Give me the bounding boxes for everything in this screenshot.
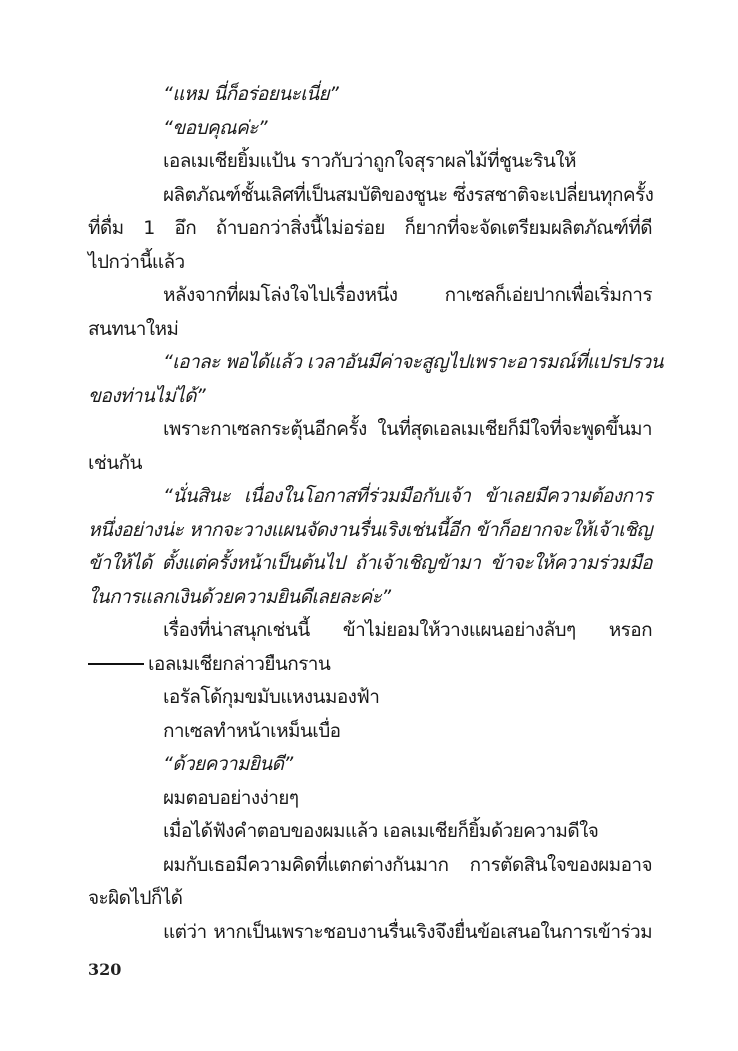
text-line: ข้าให้ได้ ตั้งแต่ครั้งหน้าเป็นต้นไป ถ้าเ…	[88, 547, 652, 581]
text-line: เอรัลโด้กุมขมับแหงนมองฟ้า	[88, 681, 652, 715]
text-line: “เอาละ พอได้แล้ว เวลาอันมีค่าจะสูญไปเพรา…	[88, 346, 652, 380]
text-line: “ด้วยความยินดี”	[88, 748, 652, 782]
text-line: ของท่านไม่ได้”	[88, 380, 652, 414]
text-line: หลังจากที่ผมโล่งใจไปเรื่องหนึ่ง กาเซลก็เ…	[88, 279, 652, 313]
text-line: เมื่อได้ฟังคำตอบของผมแล้ว เอลเมเชียก็ยิ้…	[88, 815, 652, 849]
text-line-content: เอลเมเชียกล่าวยืนกราน	[148, 648, 330, 682]
text-line: แต่ว่า หากเป็นเพราะชอบงานรื่นเริงจึงยื่น…	[88, 916, 652, 950]
text-line: ไปกว่านี้แล้ว	[88, 246, 652, 280]
text-line: ในการแลกเงินด้วยความยินดีเลยละค่ะ”	[88, 581, 652, 615]
text-line: “ขอบคุณค่ะ”	[88, 112, 652, 146]
text-line: ผมกับเธอมีความคิดที่แตกต่างกันมาก การตัด…	[88, 849, 652, 883]
text-line: ที่ดื่ม 1 อึก ถ้าบอกว่าสิ่งนี้ไม่อร่อย ก…	[88, 212, 652, 246]
em-dash-rule	[88, 663, 144, 665]
text-line: จะผิดไปก็ได้	[88, 882, 652, 916]
text-line: “นั่นสินะ เนื่องในโอกาสที่ร่วมมือกับเจ้า…	[88, 480, 652, 514]
text-line: เพราะกาเซลกระตุ้นอีกครั้ง ในที่สุดเอลเมเ…	[88, 413, 652, 447]
text-line: สนทนาใหม่	[88, 313, 652, 347]
text-line: กาเซลทำหน้าเหม็นเบื่อ	[88, 715, 652, 749]
text-line: “แหม นี่ก็อร่อยนะเนี่ย”	[88, 78, 652, 112]
text-line: ผลิตภัณฑ์ชั้นเลิศที่เป็นสมบัติของชูนะ ซึ…	[88, 179, 652, 213]
text-line-with-dash: เอลเมเชียกล่าวยืนกราน	[88, 648, 652, 682]
text-line: เอลเมเชียยิ้มแป้น ราวกับว่าถูกใจสุราผลไม…	[88, 145, 652, 179]
text-line: ผมตอบอย่างง่ายๆ	[88, 782, 652, 816]
page-body: “แหม นี่ก็อร่อยนะเนี่ย” “ขอบคุณค่ะ” เอลเ…	[88, 78, 652, 949]
text-line: เช่นกัน	[88, 447, 652, 481]
page-number: 320	[88, 960, 121, 979]
text-line: เรื่องที่น่าสนุกเช่นนี้ ข้าไม่ยอมให้วางแ…	[88, 614, 652, 648]
text-line: หนึ่งอย่างน่ะ หากจะวางแผนจัดงานรื่นเริงเ…	[88, 514, 652, 548]
